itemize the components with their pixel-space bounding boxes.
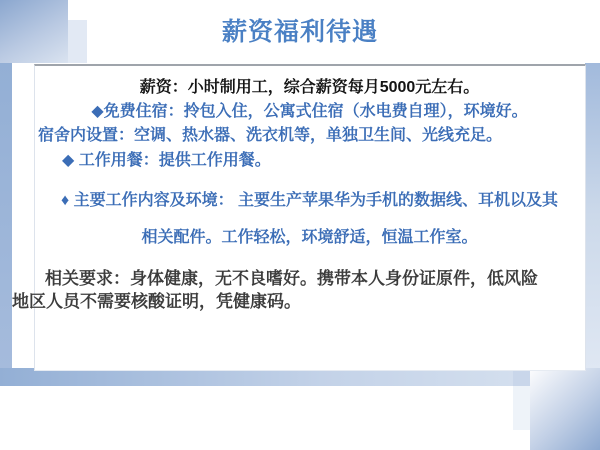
page-title: 薪资福利待遇: [0, 12, 600, 48]
decor-right-edge-strip: [585, 63, 600, 368]
salary-line: 薪资：小时制用工，综合薪资每月5000元左右。: [34, 74, 585, 97]
dorm-facilities-line: 宿舍内设置：空调、热水器、洗衣机等，单独卫生间、光线充足。: [38, 122, 502, 145]
decor-bottom-light-strip: [513, 386, 530, 430]
work-content-line-1: ♦ 主要工作内容及环境： 主要生产苹果华为手机的数据线、耳机以及其: [34, 187, 585, 210]
work-content-line-2: 相关配件。工作轻松，环境舒适，恒温工作室。: [34, 224, 585, 247]
decor-bottom-right-gradient-square: [530, 368, 600, 450]
decor-left-edge-strip: [0, 63, 12, 368]
housing-benefit-line: ◆免费住宿：拎包入住，公寓式住宿（水电费自理），环境好。: [34, 98, 585, 121]
requirements-line-2: 地区人员不需要核酸证明，凭健康码。: [12, 287, 301, 312]
requirements-line-1: 相关要求：身体健康，无不良嗜好。携带本人身份证原件，低风险: [45, 264, 538, 289]
work-meal-line: ◆ 工作用餐：提供工作用餐。: [62, 147, 271, 170]
